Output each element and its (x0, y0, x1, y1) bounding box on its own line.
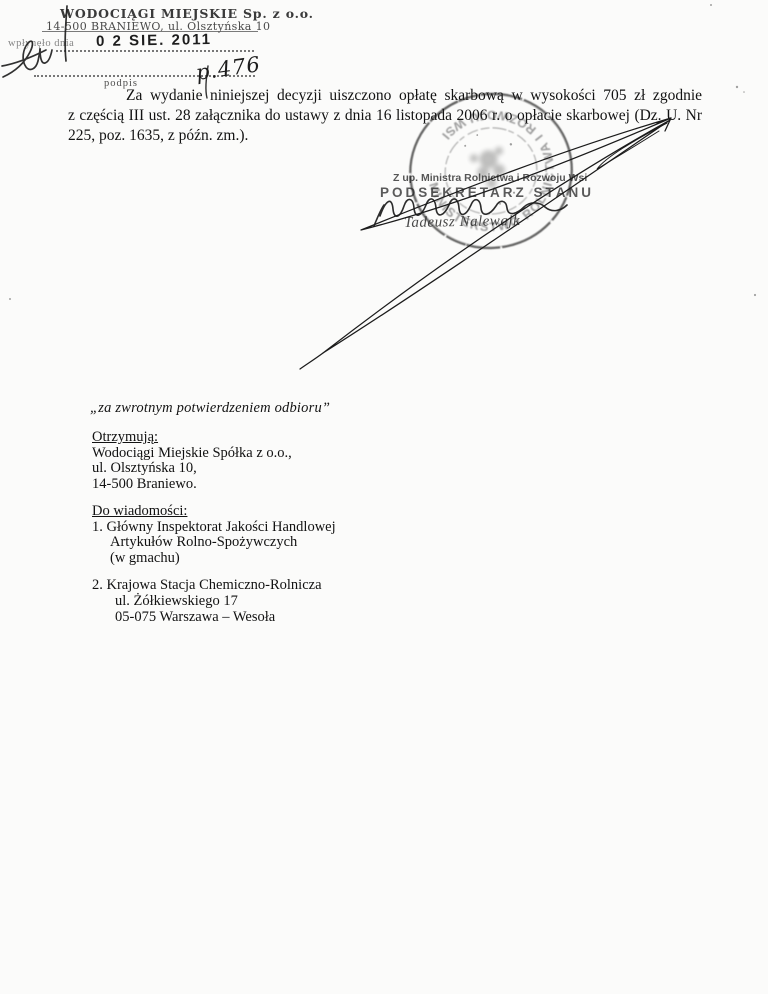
ink-overlay: MINISTERSTWO ROLNICTWA I ROZWOJU WSI (0, 0, 768, 994)
handwritten-page-number: p.476 (194, 52, 262, 85)
dotted-line (34, 75, 255, 77)
pen-flourish (300, 118, 671, 369)
recipient-line: 14-500 Braniewo. (92, 477, 292, 493)
cc-item-line: 2. Krajowa Stacja Chemiczno-Rolnicza (92, 578, 336, 594)
signatory-name: Tadeusz Nalewajk (404, 213, 520, 232)
cc-item-line: 1. Główny Inspektorat Jakości Handlowej (92, 520, 336, 536)
recipients-block: Otrzymują: Wodociągi Miejskie Spółka z o… (92, 430, 292, 492)
cc-item-line: Artykułów Rolno-Spożywczych (92, 535, 336, 551)
fee-paragraph-line-1: Za wydanie niniejszej decyzji uiszczono … (68, 86, 702, 106)
recipient-line: ul. Olsztyńska 10, (92, 461, 292, 477)
fee-paragraph-line-3: 225, poz. 1635, z późn. zm.). (68, 126, 702, 146)
scanned-letter-page: WODOCIĄGI MIEJSKIE Sp. z o.o. 14-500 BRA… (0, 0, 768, 994)
cc-item-line: 05-075 Warszawa – Wesoła (92, 610, 336, 626)
receipt-company-name: WODOCIĄGI MIEJSKIE Sp. z o.o. (60, 6, 314, 21)
authority-line: Z up. Ministra Rolnictwa i Rozwoju Wsi (393, 172, 559, 184)
dotted-line (56, 50, 254, 52)
cc-heading: Do wiadomości: (92, 504, 336, 520)
recipient-line: Wodociągi Miejskie Spółka z o.o., (92, 446, 292, 462)
undersecretary-title: PODSEKRETARZ STANU (380, 185, 560, 200)
date-stamp: 0 2 SIE. 2011 (96, 31, 212, 50)
fee-paragraph-line-2: z częścią III ust. 28 załącznika do usta… (68, 106, 702, 126)
cc-item-line: (w gmachu) (92, 551, 336, 567)
cc-block: Do wiadomości: 1. Główny Inspektorat Jak… (92, 504, 336, 625)
fee-paragraph: Za wydanie niniejszej decyzji uiszczono … (68, 86, 702, 146)
recipients-heading: Otrzymują: (92, 430, 292, 446)
cc-item-line: ul. Żółkiewskiego 17 (92, 594, 336, 610)
delivery-note: „za zwrotnym potwierdzeniem odbioru” (90, 400, 330, 417)
received-date-label: wpłynęło dnia (8, 38, 74, 49)
